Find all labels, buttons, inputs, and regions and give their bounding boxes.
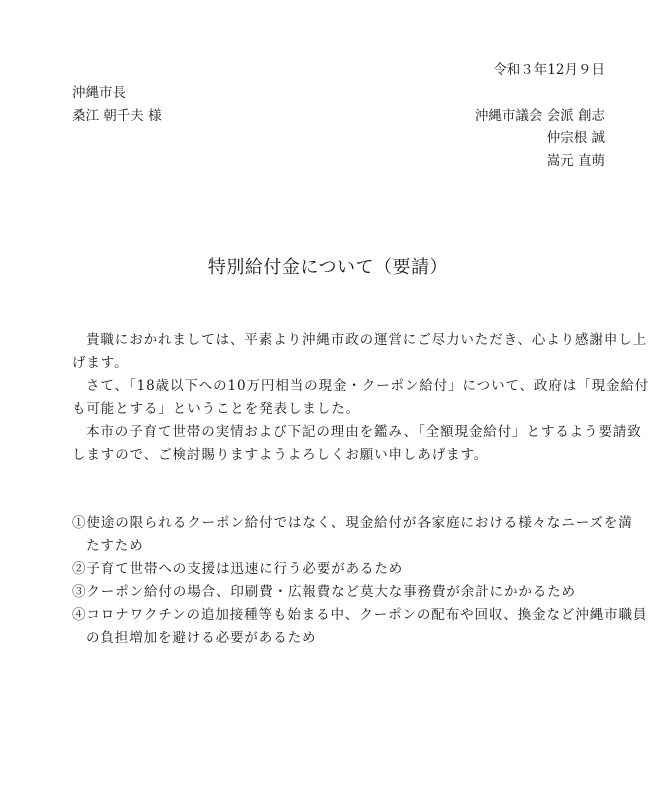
- recipient-name: 桑江 朝千夫 様: [72, 107, 162, 125]
- recipient-title: 沖縄市長: [72, 84, 126, 102]
- body-line: 貴職におかれましては、平素より沖縄市政の運営にご尽力いただき、心より感謝申し上: [72, 331, 621, 349]
- sender-member: 嵩元 直萌: [547, 152, 605, 170]
- reason-line: の負担増加を避ける必要があるため: [72, 629, 621, 647]
- sender-organization: 沖縄市議会 会派 創志: [475, 107, 605, 125]
- document-date: 令和３年12月９日: [493, 61, 605, 79]
- reason-line: たすため: [72, 537, 621, 555]
- body-line: さて、「18歳以下への10万円相当の現金・クーポン給付」について、政府は「現金給…: [72, 377, 621, 395]
- reason-line: ③クーポン給付の場合、印刷費・広報費など莫大な事務費が余計にかかるため: [72, 583, 607, 601]
- body-line: 本市の子育て世帯の実情および下記の理由を鑑み、「全額現金給付」とするよう要請致: [72, 423, 621, 441]
- body-line: げます。: [72, 354, 607, 372]
- reason-line: ②子育て世帯への支援は迅速に行う必要があるため: [72, 560, 607, 578]
- sender-member: 仲宗根 誠: [547, 129, 605, 147]
- reason-line: ①使途の限られるクーポン給付ではなく、現金給付が各家庭における様々なニーズを満: [72, 514, 607, 532]
- document-title: 特別給付金について（要請）: [0, 256, 656, 280]
- reason-line: ④コロナワクチンの追加接種等も始まる中、クーポンの配布や回収、換金など沖縄市職員: [72, 606, 607, 624]
- body-line: しますので、ご検討賜りますようよろしくお願い申しあげます。: [72, 446, 607, 464]
- body-line: も可能とする」ということを発表しました。: [72, 400, 607, 418]
